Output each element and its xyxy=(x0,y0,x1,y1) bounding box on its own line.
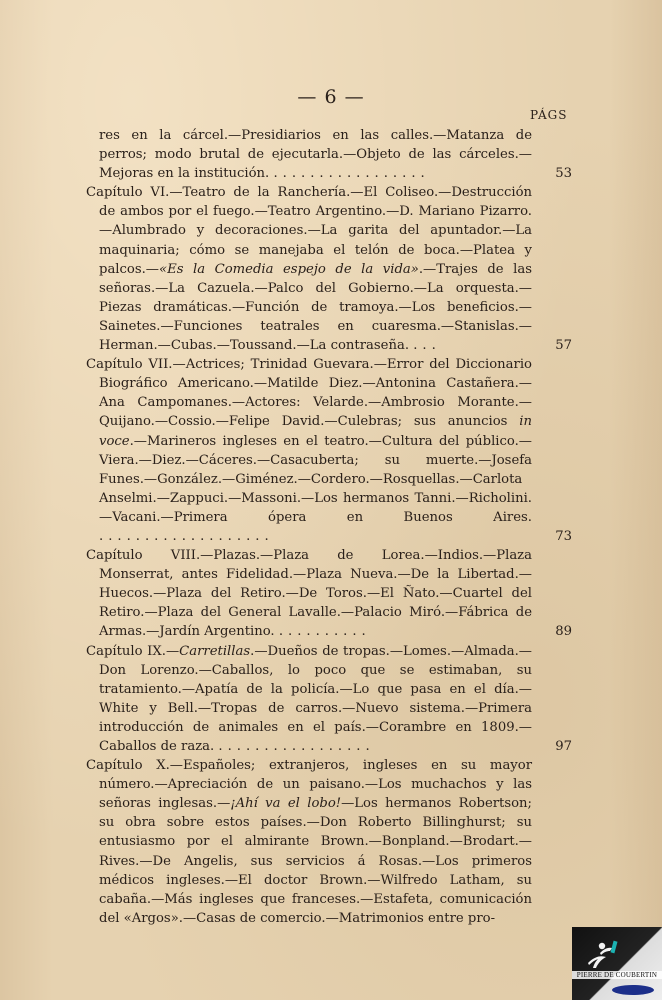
table-of-contents: res en la cárcel.—Presidiarios en las ca… xyxy=(86,126,572,928)
toc-entry-continuation: res en la cárcel.—Presidiarios en las ca… xyxy=(86,126,572,183)
toc-entry-page: 53 xyxy=(542,164,572,183)
watermark-base xyxy=(612,985,654,995)
toc-entry-text: res en la cárcel.—Presidiarios en las ca… xyxy=(86,126,532,183)
toc-entry-page: 97 xyxy=(542,737,572,756)
toc-entry-text: Capítulo X.—Españoles; extranjeros, ingl… xyxy=(86,756,532,928)
toc-entry-page: 89 xyxy=(542,622,572,641)
page-number: — 6 — xyxy=(0,86,662,108)
toc-entry-text: Capítulo IX.—Carretillas.—Dueños de trop… xyxy=(86,642,532,757)
runner-logo-icon xyxy=(586,939,620,969)
pages-column-header: PÁGS xyxy=(530,108,567,122)
watermark-label: PIERRE DE COUBERTIN xyxy=(572,971,662,979)
toc-entry-text: Capítulo VII.—Actrices; Trinidad Guevara… xyxy=(86,355,532,546)
toc-entry-chapter-6: Capítulo VI.—Teatro de la Ranchería.—El … xyxy=(86,183,572,355)
toc-entry-page: 57 xyxy=(542,336,572,355)
watermark-logo: PIERRE DE COUBERTIN xyxy=(572,927,662,1000)
toc-entry-text: Capítulo VI.—Teatro de la Ranchería.—El … xyxy=(86,183,532,355)
toc-entry-chapter-10: Capítulo X.—Españoles; extranjeros, ingl… xyxy=(86,756,572,928)
toc-entry-text: Capítulo VIII.—Plazas.—Plaza de Lorea.—I… xyxy=(86,546,532,641)
toc-entry-chapter-9: Capítulo IX.—Carretillas.—Dueños de trop… xyxy=(86,642,572,757)
toc-entry-chapter-7: Capítulo VII.—Actrices; Trinidad Guevara… xyxy=(86,355,572,546)
toc-entry-page: 73 xyxy=(542,527,572,546)
toc-entry-chapter-8: Capítulo VIII.—Plazas.—Plaza de Lorea.—I… xyxy=(86,546,572,641)
